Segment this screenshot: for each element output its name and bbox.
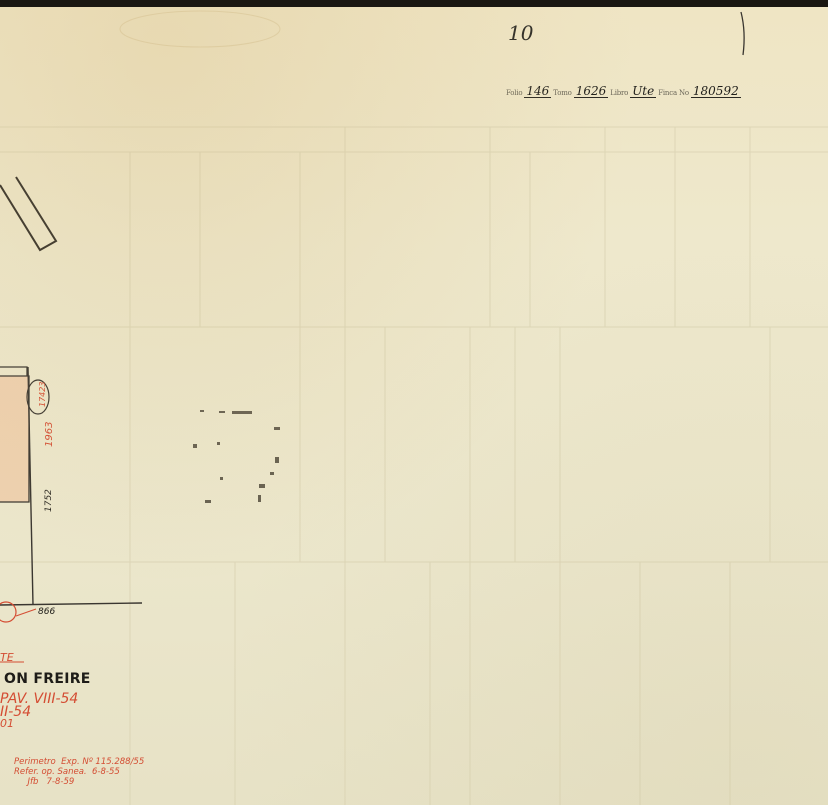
street-name: ON FREIRE — [4, 671, 91, 687]
perimeter-line-3: Jfb 7-8-59 — [14, 777, 74, 787]
circled-lot-number: 17423 — [38, 382, 47, 407]
registry-reference-line: Folio 146 Tomo 1626 Libro Ute Finca No 1… — [506, 85, 741, 98]
finca-label: Finca No — [658, 89, 689, 97]
folio-value: 146 — [524, 85, 551, 98]
libro-label: Libro — [610, 89, 628, 97]
side-measure-dark: 1752 — [44, 489, 54, 512]
finca-value: 180592 — [691, 85, 741, 98]
page-number: 10 — [508, 21, 533, 45]
folio-label: Folio — [506, 89, 522, 97]
annotation-te: TE — [0, 651, 14, 664]
boundary-number: 866 — [38, 607, 55, 617]
perimeter-line-1: Perimetro Exp. Nº 115.288/55 — [14, 757, 144, 767]
ledger-grid-and-plan-drawing — [0, 7, 828, 805]
tomo-label: Tomo — [553, 89, 571, 97]
pavement-note-3: 01 — [0, 717, 14, 730]
libro-value: Ute — [630, 85, 656, 98]
perimeter-line-2: Refer. op. Sanea. 6-8-55 — [14, 767, 120, 777]
tomo-value: 1626 — [574, 85, 609, 98]
perimeter-note: Perimetro Exp. Nº 115.288/55 Refer. op. … — [14, 757, 144, 787]
document-sheet: 10 Folio 146 Tomo 1626 Libro Ute Finca N… — [0, 7, 828, 805]
side-measure-red: 1963 — [44, 422, 55, 447]
